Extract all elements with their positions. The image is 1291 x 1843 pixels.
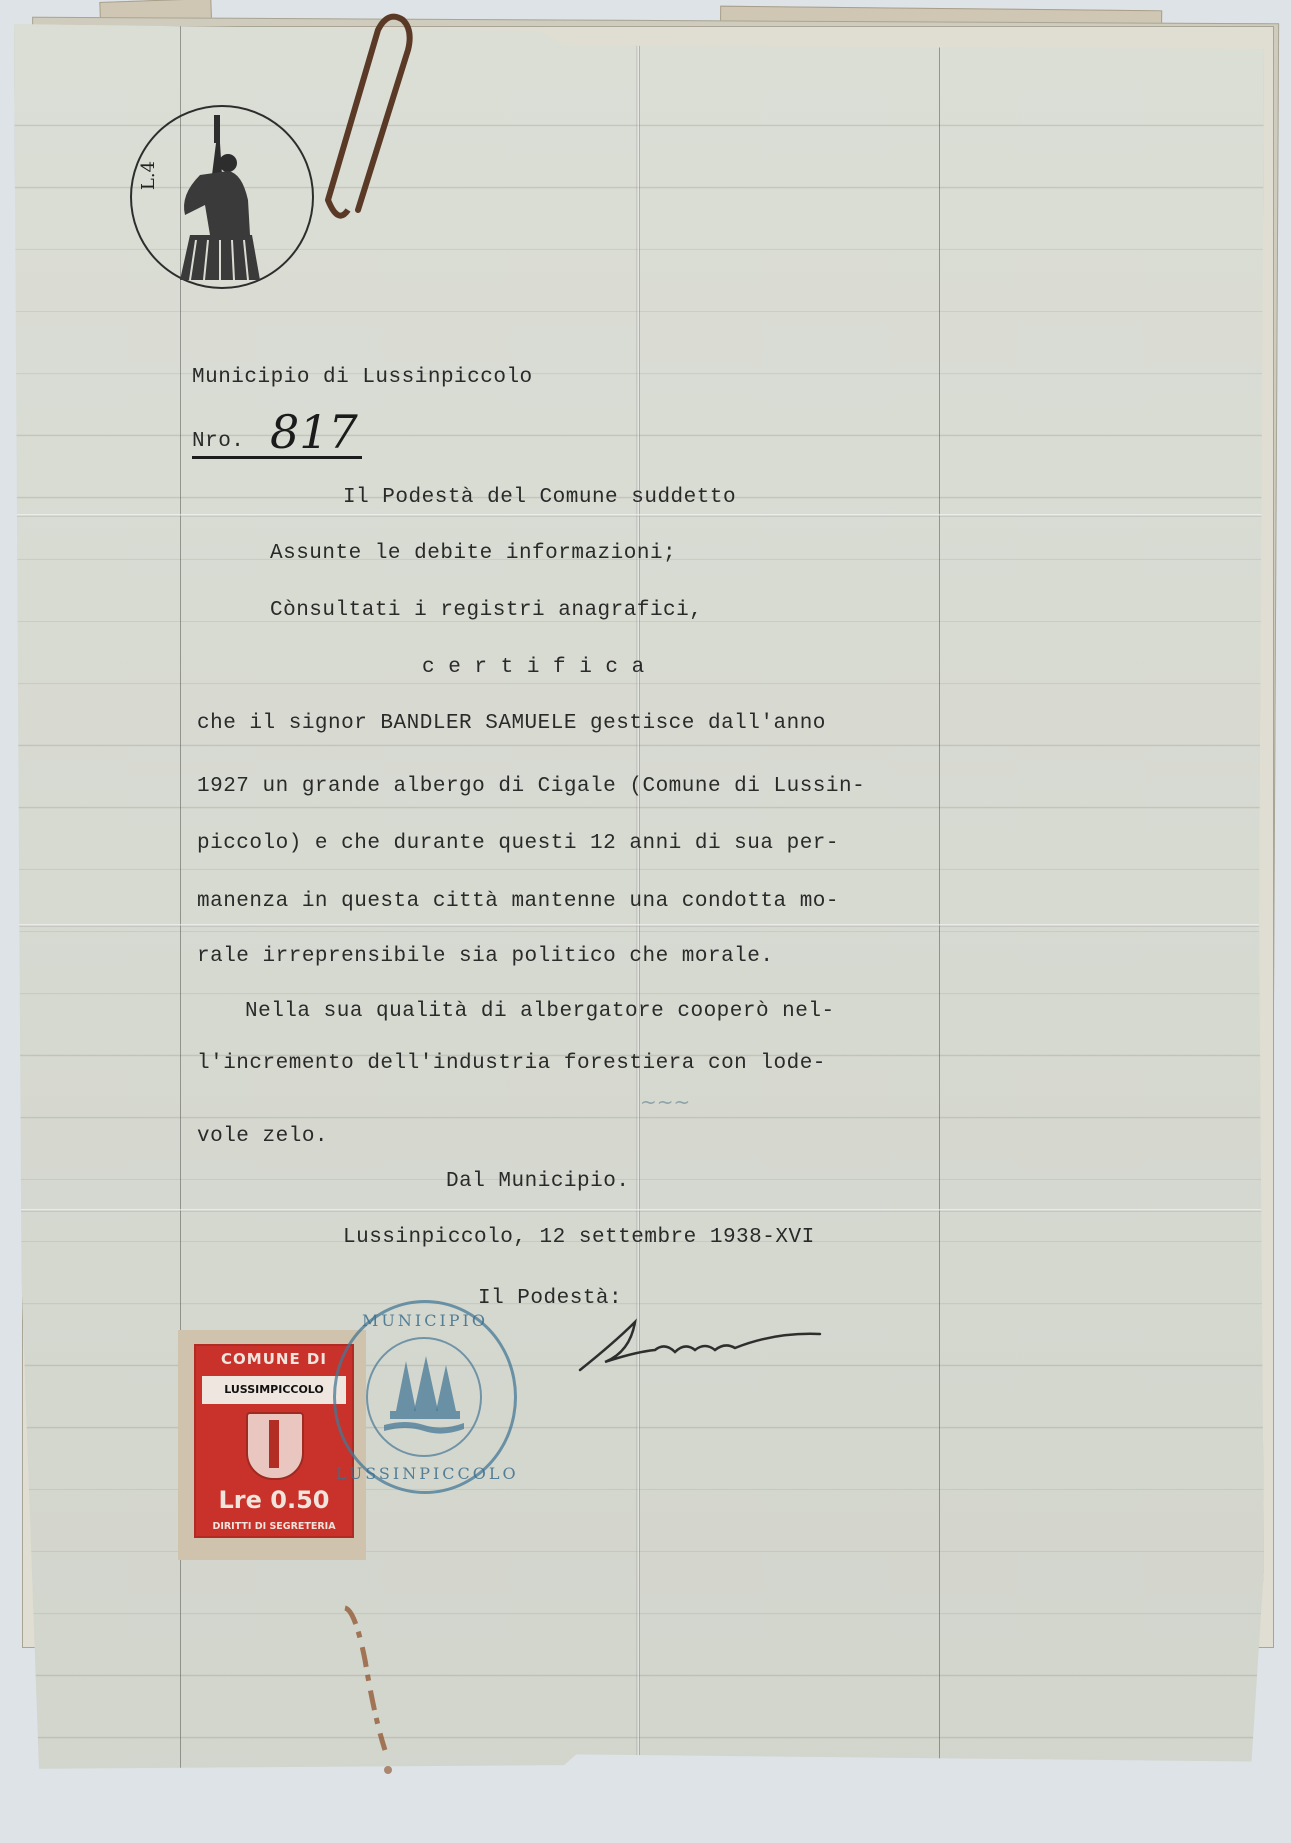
- pencil-mark: ~~~: [640, 1090, 720, 1114]
- text-line-body-4: manenza in questa città mantenne una con…: [197, 890, 839, 913]
- text-line-date: Lussinpiccolo, 12 settembre 1938-XVI: [343, 1226, 815, 1249]
- text-line-body-5: rale irreprensibile sia politico che mor…: [197, 945, 774, 968]
- vertical-fold: [636, 24, 639, 1819]
- stamp-band-text: LUSSIMPICCOLO: [202, 1376, 346, 1404]
- coat-of-arms-icon: [246, 1412, 304, 1480]
- center-line: [639, 24, 640, 1819]
- municipal-seal: MUNICIPIO LUSSINPICCOLO: [333, 1300, 517, 1494]
- text-line-body-3: piccolo) e che durante questi 12 anni di…: [197, 832, 839, 855]
- text-line-body-2: 1927 un grande albergo di Cigale (Comune…: [197, 775, 865, 798]
- text-line-body-1: che il signor BANDLER SAMUELE gestisce d…: [197, 712, 826, 735]
- number-underline: [192, 456, 362, 459]
- paperclip-icon: [318, 10, 418, 220]
- text-line-certifica: c e r t i f i c a: [422, 656, 645, 679]
- signature: [575, 1312, 835, 1382]
- letterhead-emblem: L.4: [130, 105, 314, 289]
- seal-bottom-text: LUSSINPICCOLO: [336, 1464, 514, 1483]
- horizontal-fold: [14, 1209, 1264, 1212]
- horizontal-fold: [14, 514, 1264, 517]
- number-label: Nro.: [192, 430, 244, 453]
- text-line-body-6: Nella sua qualità di albergatore cooperò…: [245, 1000, 835, 1023]
- text-line-body-7: l'incremento dell'industria forestiera c…: [197, 1052, 826, 1075]
- stamp-footer: DIRITTI DI SEGRETERIA: [196, 1521, 352, 1532]
- seal-top-text: MUNICIPIO: [336, 1311, 514, 1330]
- horizontal-fold: [14, 924, 1264, 927]
- margin-line: [939, 24, 940, 1819]
- text-line-podesta-sign: Il Podestà:: [478, 1287, 622, 1310]
- stamp-value: Lre 0.50: [196, 1486, 352, 1514]
- ship-icon: [376, 1351, 472, 1441]
- text-line-dal-municipio: Dal Municipio.: [446, 1170, 629, 1193]
- statue-icon: [130, 105, 310, 285]
- text-line-body-8: vole zelo.: [197, 1125, 328, 1148]
- document-number: 817: [270, 405, 358, 459]
- text-line-consultati: Cònsultati i registri anagrafici,: [270, 599, 702, 622]
- stamp-top-text: COMUNE DI: [196, 1350, 352, 1368]
- rust-stain: [340, 1600, 440, 1800]
- municipality-header: Municipio di Lussinpiccolo: [192, 366, 533, 389]
- text-line-assunte: Assunte le debite informazioni;: [270, 542, 676, 565]
- text-line-podesta: Il Podestà del Comune suddetto: [343, 486, 736, 509]
